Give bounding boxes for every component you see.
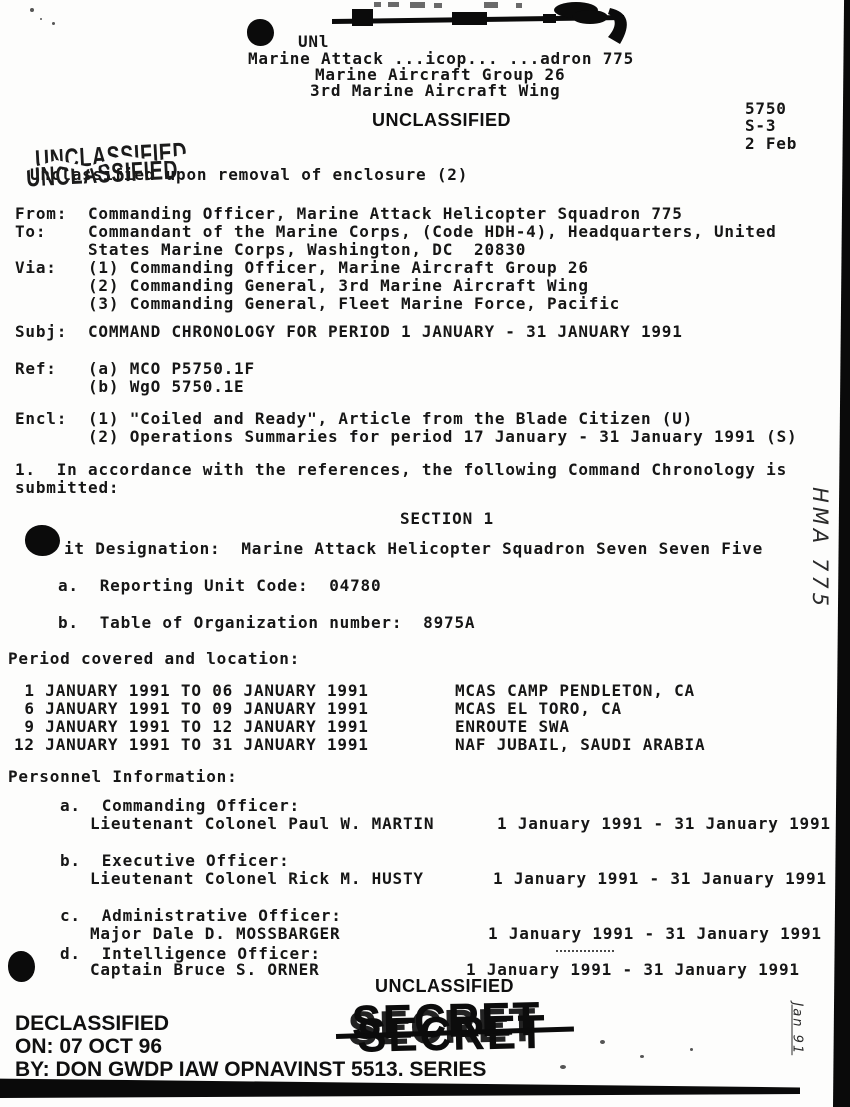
- declassified-line3: BY: DON GWDP IAW OPNAVINST 5513. SERIES: [15, 1058, 486, 1082]
- via-item-2: (2) Commanding General, 3rd Marine Aircr…: [88, 277, 589, 295]
- personnel-name: Captain Bruce S. ORNER: [90, 961, 320, 979]
- via-label: Via:: [15, 259, 57, 277]
- scan-speck: [640, 1055, 644, 1058]
- to-line1: Commandant of the Marine Corps, (Code HD…: [88, 223, 777, 241]
- to-line2: States Marine Corps, Washington, DC 2083…: [88, 241, 526, 259]
- table-of-organization: b. Table of Organization number: 8975A: [58, 614, 475, 632]
- letterhead-wing-line: 3rd Marine Aircraft Wing: [310, 82, 560, 100]
- ref-item-a: (a) MCO P5750.1F: [88, 360, 255, 378]
- hole-punch-mark: [25, 525, 60, 556]
- reporting-unit-code: a. Reporting Unit Code: 04780: [58, 577, 381, 595]
- encl-item-2: (2) Operations Summaries for period 17 J…: [88, 428, 797, 446]
- encl-item-1: (1) "Coiled and Ready", Article from the…: [88, 410, 693, 428]
- period-row-dates: 6 JANUARY 1991 TO 09 JANUARY 1991: [14, 700, 369, 718]
- via-item-3: (3) Commanding General, Fleet Marine For…: [88, 295, 620, 313]
- declassified-line2: ON: 07 OCT 96: [15, 1035, 162, 1059]
- from-label: From:: [15, 205, 67, 223]
- personnel-name: Lieutenant Colonel Paul W. MARTIN: [90, 815, 434, 833]
- from-value: Commanding Officer, Marine Attack Helico…: [88, 205, 683, 223]
- period-row-location: MCAS EL TORO, CA: [455, 700, 622, 718]
- personnel-heading: Personnel Information:: [8, 768, 238, 786]
- ref-label: Ref:: [15, 360, 57, 378]
- subject-value: COMMAND CHRONOLOGY FOR PERIOD 1 JANUARY …: [88, 323, 683, 341]
- scan-speck: [52, 22, 55, 25]
- to-label: To:: [15, 223, 46, 241]
- period-row-dates: 12 JANUARY 1991 TO 31 JANUARY 1991: [14, 736, 369, 754]
- scan-speck: [600, 1040, 605, 1044]
- date-line: 2 Feb: [745, 135, 797, 153]
- classification-banner-top: UNCLASSIFIED: [372, 110, 511, 131]
- handwritten-note-hma775: HMA 775: [808, 487, 832, 647]
- declassified-line1: DECLASSIFIED: [15, 1012, 169, 1036]
- body-paragraph-line2: submitted:: [15, 479, 119, 497]
- personnel-dates: 1 January 1991 - 31 January 1991: [497, 815, 831, 833]
- handwritten-note-jan91: Jan 91: [790, 1003, 805, 1073]
- section-heading: SECTION 1: [400, 510, 494, 528]
- period-row-dates: 9 JANUARY 1991 TO 12 JANUARY 1991: [14, 718, 369, 736]
- personnel-dates: 1 January 1991 - 31 January 1991: [488, 925, 822, 943]
- via-item-1: (1) Commanding Officer, Marine Aircraft …: [88, 259, 589, 277]
- body-paragraph-line1: 1. In accordance with the references, th…: [15, 461, 787, 479]
- personnel-dates: 1 January 1991 - 31 January 1991: [493, 870, 827, 888]
- period-row-dates: 1 JANUARY 1991 TO 06 JANUARY 1991: [14, 682, 369, 700]
- encl-label: Encl:: [15, 410, 67, 428]
- hole-punch-mark: [8, 951, 35, 982]
- ref-item-b: (b) WgO 5750.1E: [88, 378, 245, 396]
- scanned-document-page: UNl Marine Attack ...icop... ...adron 77…: [0, 0, 850, 1107]
- personnel-name: Major Dale D. MOSSBARGER: [90, 925, 340, 943]
- hole-punch-mark: [247, 19, 274, 46]
- subject-label: Subj:: [15, 323, 67, 341]
- personnel-title: b. Executive Officer:: [60, 852, 290, 870]
- scan-speck: [40, 18, 42, 20]
- scan-artifact-strikeout: [318, 0, 648, 50]
- period-heading: Period covered and location:: [8, 650, 300, 668]
- scan-edge-bar-right: [833, 0, 850, 1107]
- unit-designation: it Designation: Marine Attack Helicopter…: [64, 540, 763, 558]
- scan-speck: [690, 1048, 693, 1051]
- scan-speck: [30, 8, 34, 12]
- personnel-name: Lieutenant Colonel Rick M. HUSTY: [90, 870, 424, 888]
- personnel-title: c. Administrative Officer:: [60, 907, 342, 925]
- personnel-title: a. Commanding Officer:: [60, 797, 300, 815]
- period-row-location: MCAS CAMP PENDLETON, CA: [455, 682, 695, 700]
- unclassified-stamp-distressed: UNCLASSIFIED UNCLASSIFIED: [24, 135, 237, 212]
- scan-speck: [560, 1065, 566, 1069]
- scan-dotted-mark: [556, 950, 614, 952]
- period-row-location: NAF JUBAIL, SAUDI ARABIA: [455, 736, 705, 754]
- personnel-dates: 1 January 1991 - 31 January 1991: [466, 961, 800, 979]
- office-code: S-3: [745, 117, 776, 135]
- period-row-location: ENROUTE SWA: [455, 718, 570, 736]
